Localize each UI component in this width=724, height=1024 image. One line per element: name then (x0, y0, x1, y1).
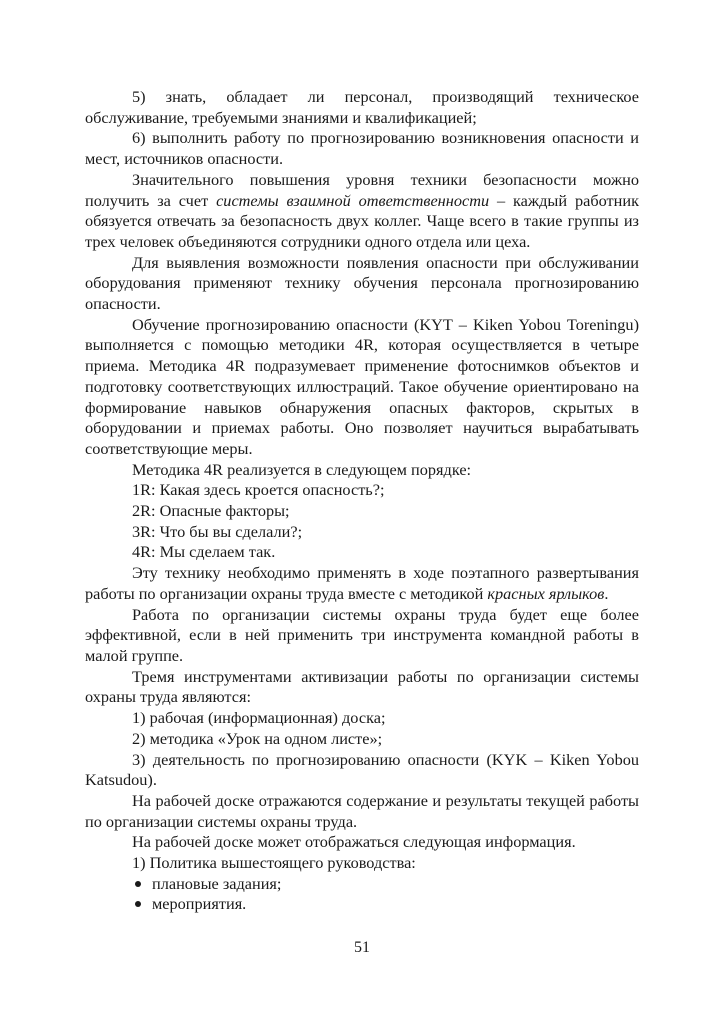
paragraph-board-info: На рабочей доске может отображаться след… (85, 832, 639, 853)
step-4r: 4R: Мы сделаем так. (85, 542, 639, 563)
bullet-list: плановые задания; мероприятия. (85, 874, 639, 915)
paragraph-team-tools: Работа по организации системы охраны тру… (85, 605, 639, 667)
emphasis-term: красных ярлыков (487, 584, 604, 603)
paragraph-red-tags: Эту технику необходимо применять в ходе … (85, 563, 639, 604)
bullet-icon (135, 881, 141, 887)
tool-item-3: 3) деятельность по прогнозированию опасн… (85, 750, 639, 791)
list-item-text: плановые задания; (152, 874, 281, 893)
paragraph-board-content: На рабочей доске отражаются содержание и… (85, 791, 639, 832)
step-1r: 1R: Какая здесь кроется опасность?; (85, 480, 639, 501)
paragraph-item-6: 6) выполнить работу по прогнозированию в… (85, 128, 639, 169)
page-number: 51 (0, 939, 724, 957)
paragraph-hazard-training: Для выявления возможности появления опас… (85, 253, 639, 315)
tool-item-1: 1) рабочая (информационная) доска; (85, 708, 639, 729)
list-item-text: мероприятия. (152, 894, 246, 913)
paragraph-tools-intro: Тремя инструментами активизации работы п… (85, 667, 639, 708)
paragraph-item-5: 5) знать, обладает ли персонал, производ… (85, 87, 639, 128)
emphasis-term: системы взаимной ответственности (216, 191, 489, 210)
tool-item-2: 2) методика «Урок на одном листе»; (85, 729, 639, 750)
paragraph-management-policy: 1) Политика вышестоящего руководства: (85, 853, 639, 874)
step-2r: 2R: Опасные факторы; (85, 501, 639, 522)
list-item: мероприятия. (85, 894, 639, 915)
list-item: плановые задания; (85, 874, 639, 895)
paragraph-kyt: Обучение прогнозированию опасности (KYT … (85, 315, 639, 460)
step-3r: 3R: Что бы вы сделали?; (85, 522, 639, 543)
paragraph-4r-intro: Методика 4R реализуется в следующем поря… (85, 460, 639, 481)
page-body: 5) знать, обладает ли персонал, производ… (85, 87, 639, 915)
text-run: . (604, 584, 608, 603)
bullet-icon (135, 901, 141, 907)
paragraph-mutual-responsibility: Значительного повышения уровня техники б… (85, 170, 639, 253)
